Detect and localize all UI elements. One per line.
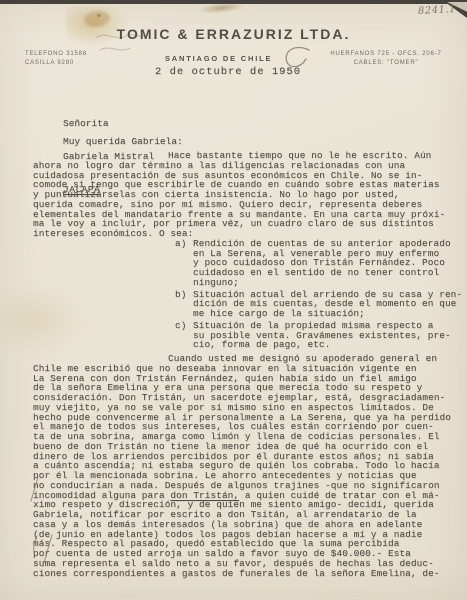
salutation: Muy querida Gabriela: [63, 136, 183, 147]
letter-line: me hice cargo de la situación; [33, 309, 463, 319]
letter-line: cuidadoso en el sentido de no tener cont… [33, 268, 463, 278]
pencil-flourish-mark [280, 43, 314, 73]
letter-line: cio, forma de pago, etc. [33, 340, 463, 350]
telephone-line: TELEFONO 31588 [25, 50, 87, 59]
letter-line: ciones correspondientes a gastos de fune… [33, 569, 463, 579]
pencil-margin-mark [29, 476, 41, 504]
line-text: ciones correspondientes a gastos de fune… [33, 568, 440, 579]
letterhead-city: SANTIAGO DE CHILE [165, 54, 272, 63]
list-marker: b) [175, 290, 193, 300]
pencil-margin-mark-double [31, 533, 59, 569]
company-name: TOMIC & ERRAZURIZ LTDA. [0, 26, 467, 42]
recipient-title: Señorita [63, 118, 154, 129]
letter-line: ninguno; [33, 278, 463, 288]
letter-body: Hace bastante tiempo que no le he escrit… [33, 151, 463, 578]
po-box-line: CASILLA 9280 [25, 59, 87, 68]
list-marker: a) [175, 239, 193, 249]
archive-number-pencil: 8241.1 [418, 4, 457, 17]
letterhead-contact-left: TELEFONO 31588 CASILLA 9280 [25, 50, 87, 68]
line-text: cio, forma de pago, etc. [193, 339, 330, 350]
list-marker: c) [175, 321, 193, 331]
street-address-line: HUERFANOS 725 - OFCS. 206-7 [325, 50, 447, 59]
cables-line: CABLES: "TOMER" [325, 59, 447, 68]
line-text: intereses económicos. O sea: [33, 228, 193, 239]
scanned-letter-page: 8241.1 TOMIC & ERRAZURIZ LTDA. TELEFONO … [0, 0, 467, 600]
letterhead-contact-right: HUERFANOS 725 - OFCS. 206-7 CABLES: "TOM… [325, 50, 447, 68]
line-text: me hice cargo de la situación; [193, 308, 365, 319]
line-text: ninguno; [193, 277, 239, 288]
